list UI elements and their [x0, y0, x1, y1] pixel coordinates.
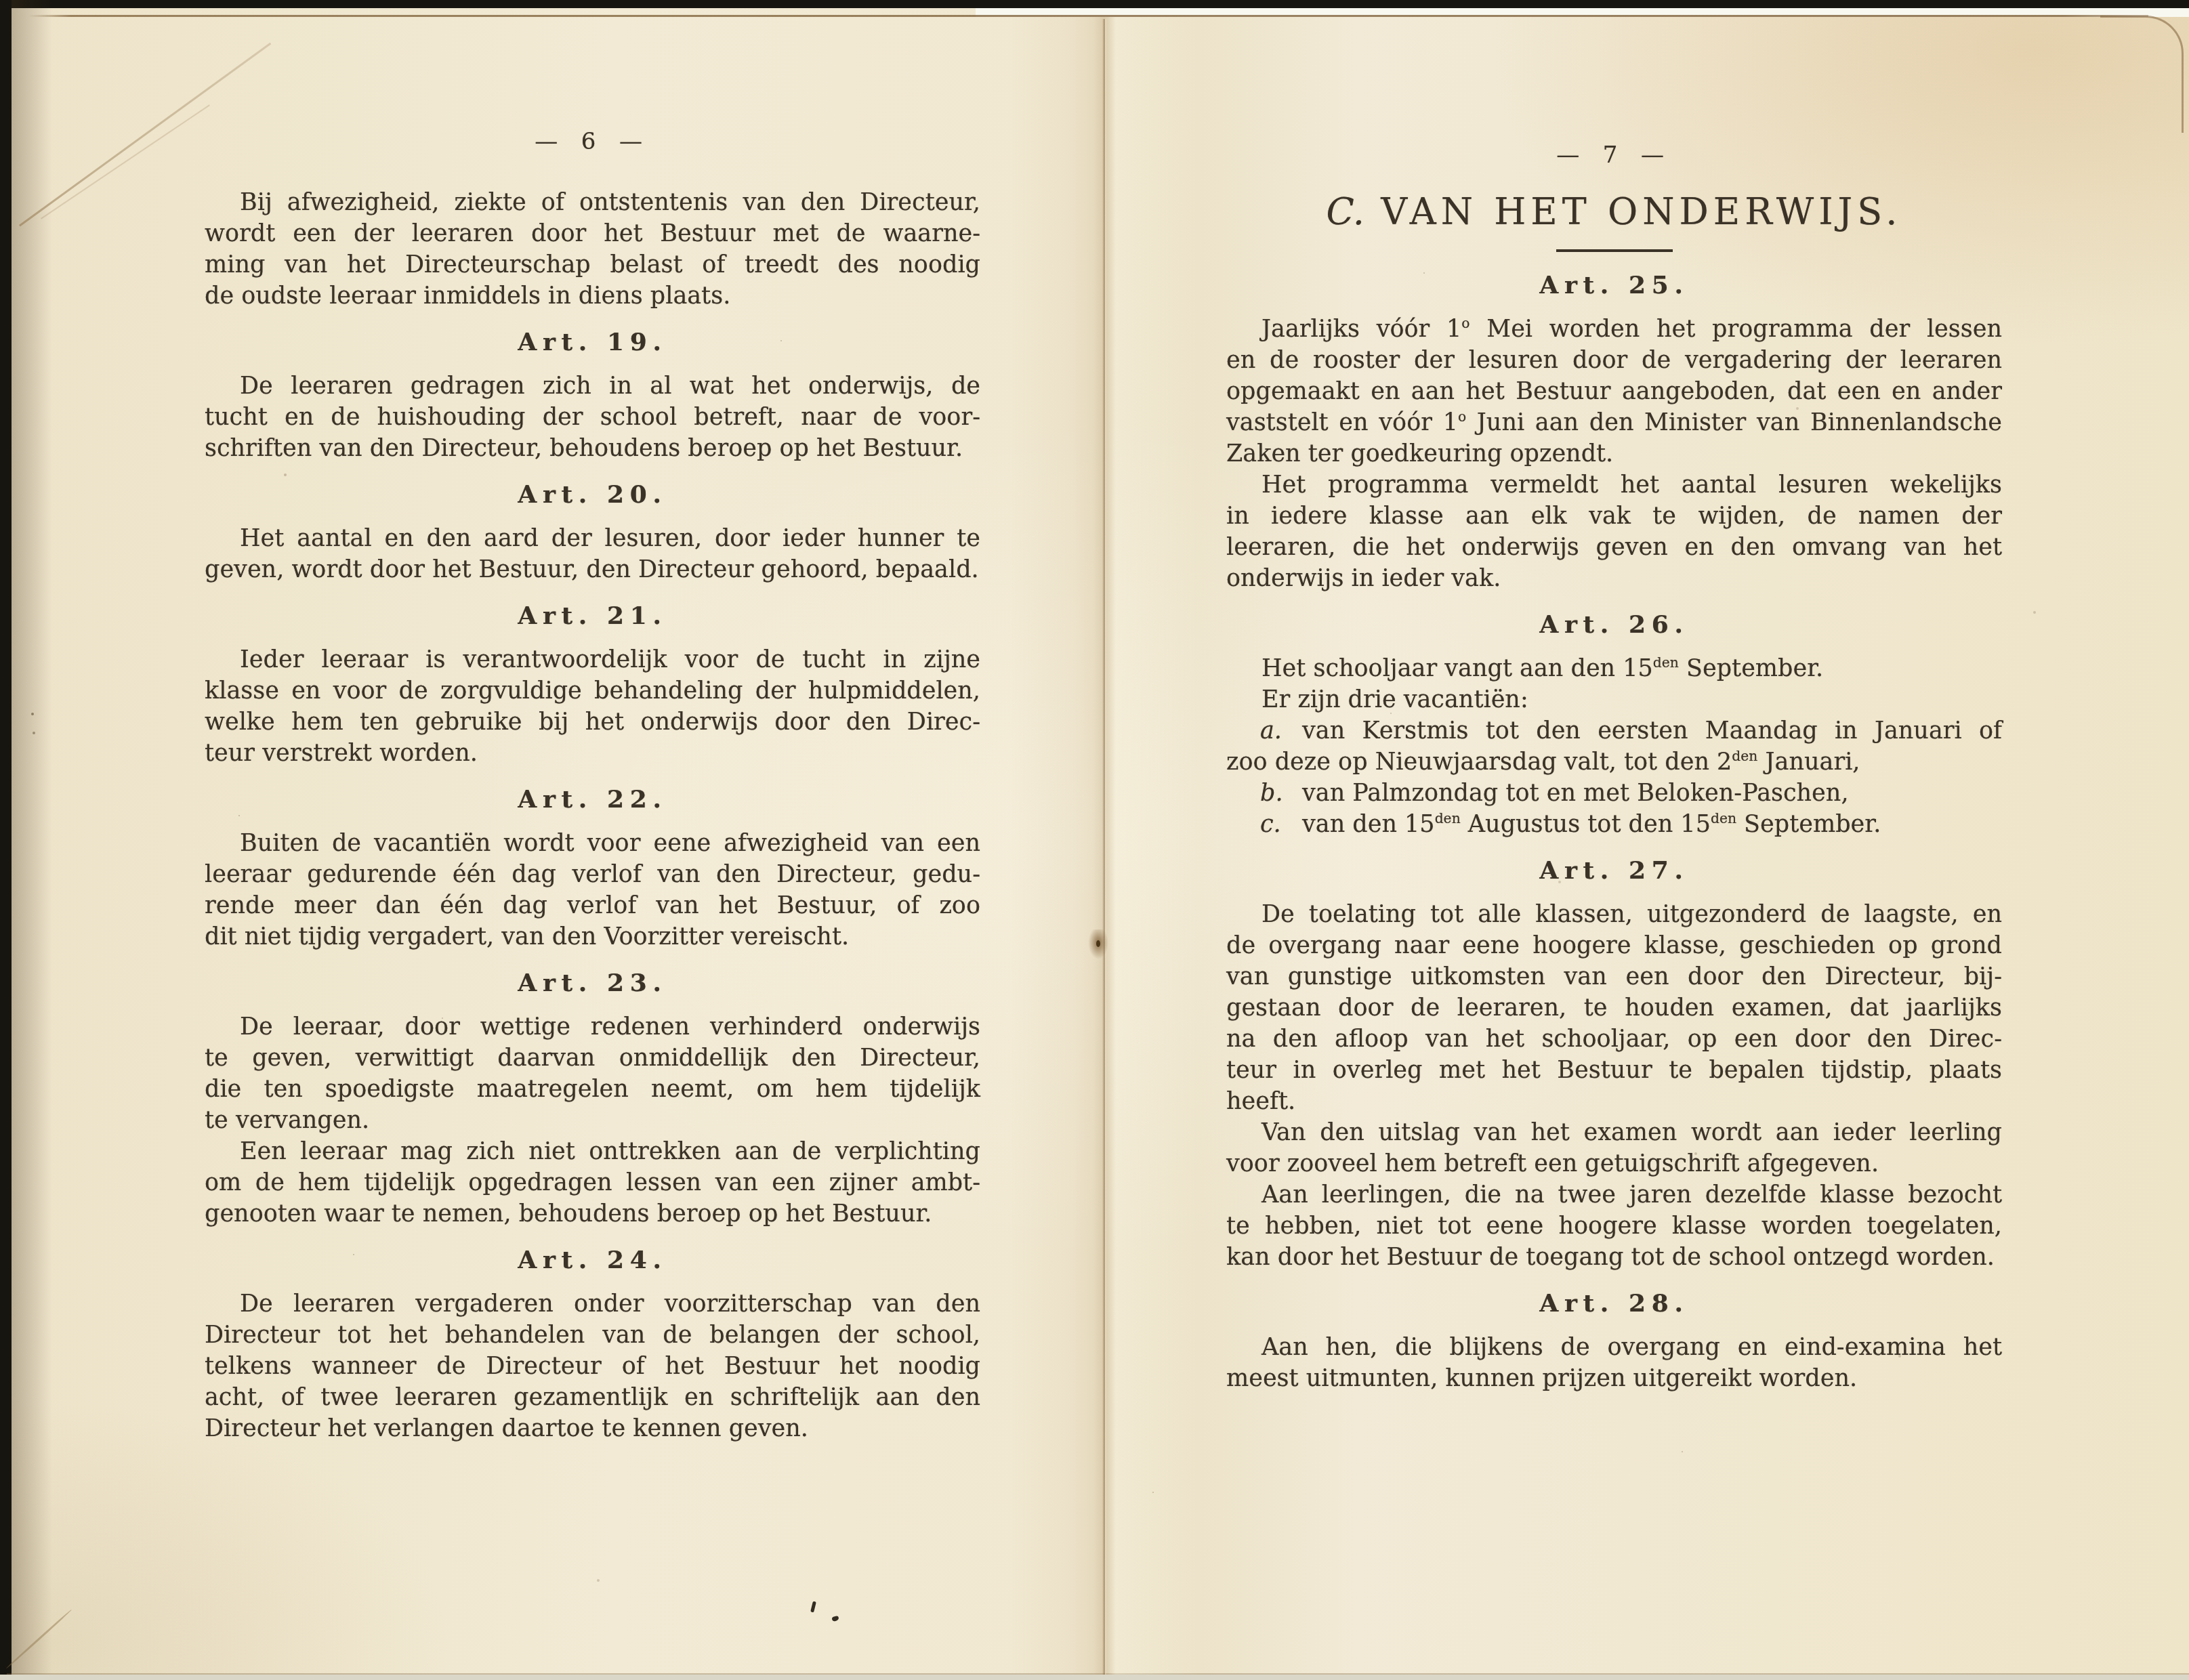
vacation-item-c: c. van den 15den Augustus tot den 15den …	[1226, 809, 2002, 840]
scan-bottom-edge	[0, 1675, 2189, 1680]
page-6-column: — 6 — Bij afwezigheid, ziekte of ontsten…	[205, 126, 980, 1444]
paragraph: De leeraren gedragen zich in al wat het …	[205, 371, 980, 464]
chapter-letter: C.	[1326, 190, 1364, 233]
paragraph: Ieder leeraar is verantwoordelijk voor d…	[205, 644, 980, 769]
chapter-heading: C.VAN HET ONDERWIJS.	[1226, 191, 2002, 233]
paragraph: De leeraren vergaderen onder voorzitters…	[205, 1288, 980, 1444]
article-26-title: Art. 26.	[1226, 609, 2002, 641]
article-24-title: Art. 24.	[205, 1244, 980, 1276]
article-27-title: Art. 27.	[1226, 855, 2002, 887]
vacation-item-text: van Kerstmis tot den eersten Maandag in …	[1226, 715, 2002, 778]
article-21-title: Art. 21.	[205, 600, 980, 632]
vacation-item-marker: a.	[1260, 715, 1282, 747]
article-19-title: Art. 19.	[205, 327, 980, 358]
paper-tear	[1088, 929, 1108, 959]
ink-blot	[810, 1601, 816, 1613]
page-number-6: — 6 —	[205, 126, 980, 157]
vacation-item-b: b. van Palmzondag tot en met Beloken-Pas…	[1226, 778, 2002, 809]
article-22-title: Art. 22.	[205, 784, 980, 816]
paragraph: Er zijn drie vacantiën:	[1226, 684, 2002, 715]
left-edge-shadow	[12, 0, 52, 1680]
vacation-item-text: van den 15den Augustus tot den 15den Sep…	[1226, 809, 2002, 840]
paragraph: Het aantal en den aard der lesuren, door…	[205, 523, 980, 585]
article-20-title: Art. 20.	[205, 479, 980, 511]
paragraph: Het programma vermeldt het aantal lesure…	[1226, 469, 2002, 594]
paragraph: Jaarlijks vóór 1o Mei worden het program…	[1226, 314, 2002, 469]
paragraph: Een leeraar mag zich niet onttrekken aan…	[205, 1136, 980, 1230]
paragraph: Aan hen, die blijkens de overgang en ein…	[1226, 1332, 2002, 1394]
paper-specks	[0, 0, 1, 1]
paragraph: De toelating tot alle klassen, uitgezond…	[1226, 899, 2002, 1117]
article-25-title: Art. 25.	[1226, 270, 2002, 301]
heading-rule	[1556, 249, 1673, 252]
article-28-title: Art. 28.	[1226, 1288, 2002, 1320]
paper-crease	[41, 104, 210, 219]
vacation-item-marker: c.	[1260, 809, 1281, 840]
scan-top-edge	[0, 0, 2189, 8]
page-number-7: — 7 —	[1226, 140, 2002, 171]
article-23-title: Art. 23.	[205, 967, 980, 999]
vacation-item-text: van Palmzondag tot en met Beloken-Pasche…	[1226, 778, 2002, 809]
paragraph: Aan leerlingen, die na twee jaren dezelf…	[1226, 1179, 2002, 1273]
paragraph: Van den uitslag van het examen wordt aan…	[1226, 1117, 2002, 1179]
vacation-item-marker: b.	[1260, 778, 1283, 809]
vacation-item-a: a. van Kerstmis tot den eersten Maandag …	[1226, 715, 2002, 778]
paragraph: Buiten de vacantiën wordt voor eene afwe…	[205, 828, 980, 952]
ink-blot	[831, 1616, 839, 1622]
gutter-fold-line	[1102, 19, 1106, 1675]
page-corner-curve	[2100, 16, 2184, 133]
scan-left-edge	[0, 0, 12, 1680]
paragraph: Het schooljaar vangt aan den 15den Septe…	[1226, 653, 2002, 684]
paragraph: Bij afwezigheid, ziekte of ontstentenis …	[205, 187, 980, 312]
margin-specks	[31, 713, 34, 715]
book-scan-spread: — 6 — Bij afwezigheid, ziekte of ontsten…	[0, 0, 2189, 1680]
chapter-title: VAN HET ONDERWIJS.	[1381, 190, 1902, 233]
paragraph: De leeraar, door wettige redenen verhind…	[205, 1011, 980, 1136]
page-7-column: — 7 — C.VAN HET ONDERWIJS. Art. 25. Jaar…	[1226, 140, 2002, 1394]
